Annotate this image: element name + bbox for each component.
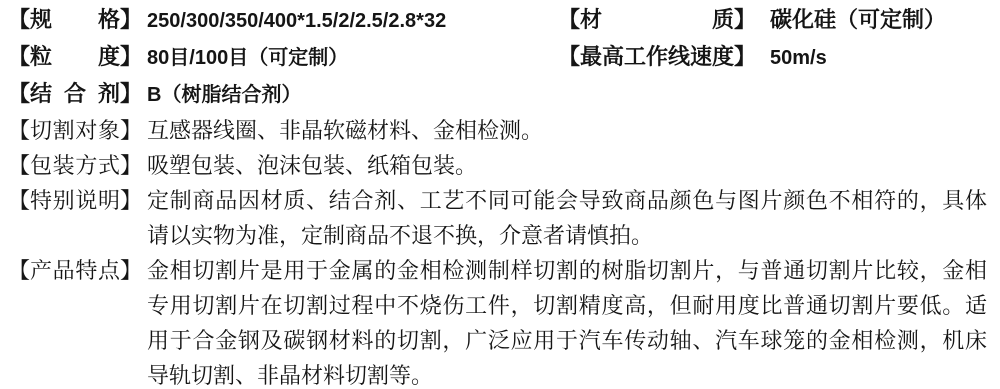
bracket-right: 】 xyxy=(120,39,142,74)
bracket-right: 】 xyxy=(734,39,756,74)
bracket-left: 【 xyxy=(8,113,30,148)
spec-row-bond: 【结合剂】 B（树脂结合剂） xyxy=(8,76,1000,113)
bracket-right: 】 xyxy=(120,76,142,111)
spec-row-special-note: 【特别说明】 定制商品因材质、结合剂、工艺不同可能会导致商品颜色与图片颜色不相符… xyxy=(8,183,1000,253)
bracket-right: 】 xyxy=(120,183,142,218)
label-bond-text: 结合剂 xyxy=(30,76,120,111)
bracket-left: 【 xyxy=(8,183,30,218)
bracket-right: 】 xyxy=(734,2,756,37)
bracket-right: 】 xyxy=(120,2,142,37)
label-material-text: 材质 xyxy=(580,2,734,37)
product-spec-sheet: 【规格】 250/300/350/400*1.5/2/2.5/2.8*32 【材… xyxy=(0,0,1000,389)
label-packaging: 【包装方式】 xyxy=(8,148,142,183)
label-specification: 【规格】 xyxy=(8,2,142,37)
features-line: 导轨切割、非晶材料切割等。 xyxy=(147,358,987,389)
spec-row-cutting-objects: 【切割对象】 互感器线圈、非晶软磁材料、金相检测。 xyxy=(8,113,1000,148)
bracket-left: 【 xyxy=(8,2,30,37)
label-packaging-text: 包装方式 xyxy=(30,148,120,183)
features-line: 专用切割片在切割过程中不烧伤工件，切割精度高，但耐用度比普通切割片要低。适 xyxy=(147,288,987,323)
features-line: 金相切割片是用于金属的金相检测制样切割的树脂切割片，与普通切割片比较，金相 xyxy=(147,253,987,288)
value-material: 碳化硅（可定制） xyxy=(770,2,946,37)
label-features: 【产品特点】 xyxy=(8,253,142,288)
label-special-note-text: 特别说明 xyxy=(30,183,120,218)
value-specification: 250/300/350/400*1.5/2/2.5/2.8*32 xyxy=(147,4,446,39)
label-grit-text: 粒度 xyxy=(30,39,120,74)
spec-row-max-speed: 【最高工作线速度】 50m/s xyxy=(558,39,827,76)
bracket-left: 【 xyxy=(8,76,30,111)
bracket-right: 】 xyxy=(120,148,142,183)
spec-row-features: 【产品特点】 金相切割片是用于金属的金相检测制样切割的树脂切割片，与普通切割片比… xyxy=(8,253,1000,389)
label-bond: 【结合剂】 xyxy=(8,76,142,111)
special-note-paragraph: 定制商品因材质、结合剂、工艺不同可能会导致商品颜色与图片颜色不相符的，具体 请以… xyxy=(147,183,987,253)
bracket-left: 【 xyxy=(558,2,580,37)
bracket-right: 】 xyxy=(120,113,142,148)
label-special-note: 【特别说明】 xyxy=(8,183,142,218)
bracket-left: 【 xyxy=(558,39,580,74)
features-paragraph: 金相切割片是用于金属的金相检测制样切割的树脂切割片，与普通切割片比较，金相 专用… xyxy=(147,253,987,389)
bracket-left: 【 xyxy=(8,253,30,288)
value-max-speed: 50m/s xyxy=(770,41,827,76)
bracket-left: 【 xyxy=(8,148,30,183)
bracket-left: 【 xyxy=(8,39,30,74)
label-grit: 【粒度】 xyxy=(8,39,142,74)
features-line: 用于合金钢及碳钢材料的切割，广泛应用于汽车传动轴、汽车球笼的金相检测，机床 xyxy=(147,323,987,358)
label-cutting-objects: 【切割对象】 xyxy=(8,113,142,148)
spec-row-grit: 【粒度】 80目/100目（可定制） 【最高工作线速度】 50m/s xyxy=(8,39,1000,76)
spec-row-packaging: 【包装方式】 吸塑包装、泡沫包装、纸箱包装。 xyxy=(8,148,1000,183)
special-note-line: 请以实物为准，定制商品不退不换，介意者请慎拍。 xyxy=(147,218,987,253)
label-max-speed-text: 最高工作线速度 xyxy=(580,39,734,74)
label-cutting-objects-text: 切割对象 xyxy=(30,113,120,148)
value-grit: 80目/100目（可定制） xyxy=(147,41,348,76)
value-cutting-objects: 互感器线圈、非晶软磁材料、金相检测。 xyxy=(147,113,543,148)
label-max-speed: 【最高工作线速度】 xyxy=(558,39,756,74)
spec-row-specification: 【规格】 250/300/350/400*1.5/2/2.5/2.8*32 【材… xyxy=(8,2,1000,39)
value-packaging: 吸塑包装、泡沫包装、纸箱包装。 xyxy=(147,148,477,183)
spec-row-material: 【材质】 碳化硅（可定制） xyxy=(558,2,946,37)
value-bond: B（树脂结合剂） xyxy=(147,78,301,113)
label-specification-text: 规格 xyxy=(30,2,120,37)
special-note-line: 定制商品因材质、结合剂、工艺不同可能会导致商品颜色与图片颜色不相符的，具体 xyxy=(147,183,987,218)
bracket-right: 】 xyxy=(120,253,142,288)
label-material: 【材质】 xyxy=(558,2,756,37)
label-features-text: 产品特点 xyxy=(30,253,120,288)
